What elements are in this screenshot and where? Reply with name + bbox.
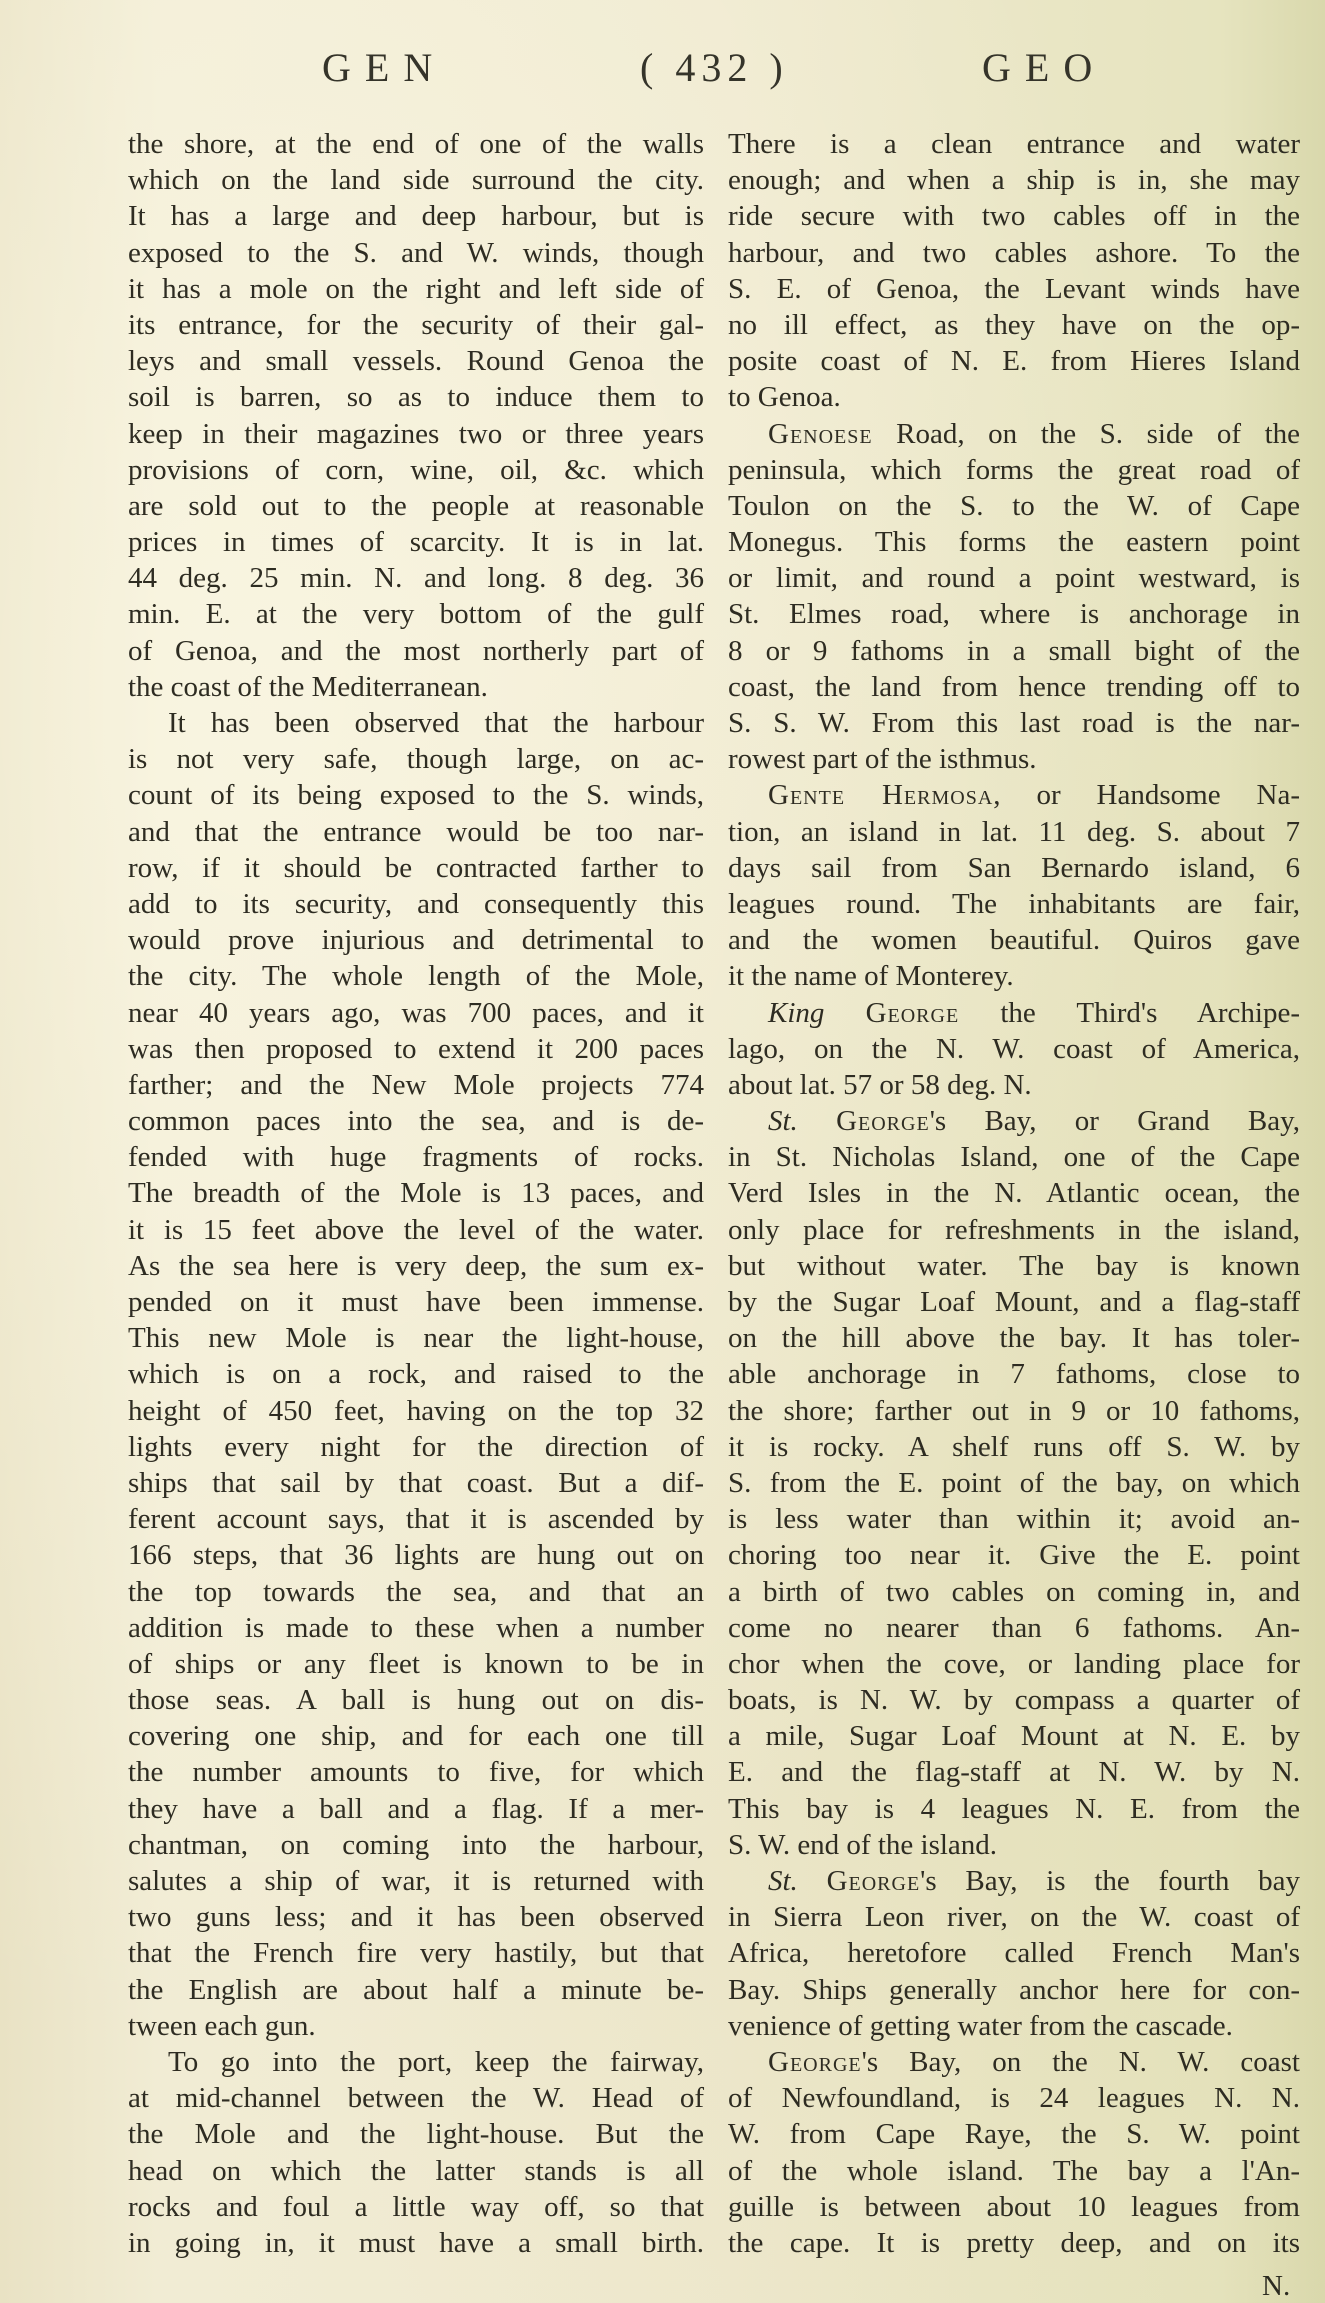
text-line: was then proposed to extend it 200 paces — [128, 1031, 704, 1067]
text-line: by the Sugar Loaf Mount, and a flag-staf… — [728, 1284, 1300, 1320]
text-line: Toulon on the S. to the W. of Cape — [728, 488, 1300, 524]
text-line: addition is made to these when a number — [128, 1610, 704, 1646]
text-line: rocks and foul a little way off, so that — [128, 2189, 704, 2225]
text-line: it is rocky. A shelf runs off S. W. by — [728, 1429, 1300, 1465]
text-line: Bay. Ships generally anchor here for con… — [728, 1972, 1300, 2008]
text-line: count of its being exposed to the S. win… — [128, 777, 704, 813]
text-line: the English are about half a minute be- — [128, 1972, 704, 2008]
text-line: ships that sail by that coast. But a dif… — [128, 1465, 704, 1501]
text-line: are sold out to the people at reasonable — [128, 488, 704, 524]
text-line: the top towards the sea, and that an — [128, 1574, 704, 1610]
text-line: ride secure with two cables off in the — [728, 198, 1300, 234]
text-line: This bay is 4 leagues N. E. from the — [728, 1791, 1300, 1827]
text-line: Monegus. This forms the eastern point — [728, 524, 1300, 560]
text-line: in St. Nicholas Island, one of the Cape — [728, 1139, 1300, 1175]
text-line: the city. The whole length of the Mole, — [128, 958, 704, 994]
text-line: fended with huge fragments of rocks. — [128, 1139, 704, 1175]
text-line: W. from Cape Raye, the S. W. point — [728, 2116, 1300, 2152]
entry-headword: George — [827, 1865, 921, 1897]
entry-st-georges-bay-sierra-leon: St. George's Bay, is the fourth bay — [728, 1863, 1300, 1899]
entry-georges-bay-newfoundland: George's Bay, on the N. W. coast — [728, 2044, 1300, 2080]
entry-genoese-road: Genoese Road, on the S. side of the — [728, 416, 1300, 452]
text-line: leagues round. The inhabitants are fair, — [728, 886, 1300, 922]
text-line: provisions of corn, wine, oil, &c. which — [128, 452, 704, 488]
text-line: venience of getting water from the casca… — [728, 2008, 1300, 2044]
text-line: of the whole island. The bay a l'An- — [728, 2153, 1300, 2189]
text-line: min. E. at the very bottom of the gulf — [128, 596, 704, 632]
text-line: E. and the flag-staff at N. W. by N. — [728, 1754, 1300, 1790]
text-line: As the sea here is very deep, the sum ex… — [128, 1248, 704, 1284]
text-line: S. E. of Genoa, the Levant winds have — [728, 271, 1300, 307]
text-line: at mid-channel between the W. Head of — [128, 2080, 704, 2116]
entry-king-george-archipelago: King George the Third's Archipe- — [728, 995, 1300, 1031]
text-line: or limit, and round a point westward, is — [728, 560, 1300, 596]
text-line: The breadth of the Mole is 13 paces, and — [128, 1175, 704, 1211]
text-line: 44 deg. 25 min. N. and long. 8 deg. 36 — [128, 560, 704, 596]
running-head-left: GEN — [322, 44, 446, 91]
text-line: Africa, heretofore called French Man's — [728, 1935, 1300, 1971]
text-line: the shore, at the end of one of the wall… — [128, 126, 704, 162]
text-line: 8 or 9 fathoms in a small bight of the — [728, 633, 1300, 669]
text-line: the coast of the Mediterranean. — [128, 669, 704, 705]
text-line: pended on it must have been immense. — [128, 1284, 704, 1320]
text-line: rowest part of the isthmus. — [728, 741, 1300, 777]
text-line: farther; and the New Mole projects 774 — [128, 1067, 704, 1103]
text-line: leys and small vessels. Round Genoa the — [128, 343, 704, 379]
text-line: tween each gun. — [128, 2008, 704, 2044]
entry-headword: George — [768, 2046, 862, 2078]
entry-headword: Genoese — [768, 418, 873, 450]
text-line: S. from the E. point of the bay, on whic… — [728, 1465, 1300, 1501]
text-line: There is a clean entrance and water — [728, 126, 1300, 162]
text-line: the Mole and the light-house. But the — [128, 2116, 704, 2152]
text-line: soil is barren, so as to induce them to — [128, 379, 704, 415]
text-line: but without water. The bay is known — [728, 1248, 1300, 1284]
text-line: it the name of Monterey. — [728, 958, 1300, 994]
text-line: This new Mole is near the light-house, — [128, 1320, 704, 1356]
text-line: only place for refreshments in the islan… — [728, 1212, 1300, 1248]
text-line: head on which the latter stands is all — [128, 2153, 704, 2189]
text-line: the shore; farther out in 9 or 10 fathom… — [728, 1393, 1300, 1429]
running-head: GEN ( 432 ) GEO — [0, 44, 1325, 104]
text-line: days sail from San Bernardo island, 6 — [728, 850, 1300, 886]
right-column: There is a clean entrance and water enou… — [728, 126, 1300, 2261]
text-line: common paces into the sea, and is de- — [128, 1103, 704, 1139]
text-line: row, if it should be contracted farther … — [128, 850, 704, 886]
text-line: the number amounts to five, for which — [128, 1754, 704, 1790]
text-line: is not very safe, though large, on ac- — [128, 741, 704, 777]
text-line: S. W. end of the island. — [728, 1827, 1300, 1863]
text-line: tion, an island in lat. 11 deg. S. about… — [728, 814, 1300, 850]
text-line: of Newfoundland, is 24 leagues N. N. — [728, 2080, 1300, 2116]
text-line: those seas. A ball is hung out on dis- — [128, 1682, 704, 1718]
text-line: the cape. It is pretty deep, and on its — [728, 2225, 1300, 2261]
text-line: come no nearer than 6 fathoms. An- — [728, 1610, 1300, 1646]
text-line: salutes a ship of war, it is returned wi… — [128, 1863, 704, 1899]
text-line: ferent account says, that it is ascended… — [128, 1501, 704, 1537]
text-line: in going in, it must have a small birth. — [128, 2225, 704, 2261]
left-column: the shore, at the end of one of the wall… — [128, 126, 704, 2261]
running-head-right: GEO — [982, 44, 1106, 91]
text-line: keep in their magazines two or three yea… — [128, 416, 704, 452]
text-line: about lat. 57 or 58 deg. N. — [728, 1067, 1300, 1103]
paragraph-start: It has been observed that the harbour — [128, 705, 704, 741]
text-line: chor when the cove, or landing place for — [728, 1646, 1300, 1682]
text-line: covering one ship, and for each one till — [128, 1718, 704, 1754]
text-line: which is on a rock, and raised to the — [128, 1356, 704, 1392]
text-line: height of 450 feet, having on the top 32 — [128, 1393, 704, 1429]
text-line: it has a mole on the right and left side… — [128, 271, 704, 307]
text-line: and the women beautiful. Quiros gave — [728, 922, 1300, 958]
text-line: lago, on the N. W. coast of America, — [728, 1031, 1300, 1067]
text-line: enough; and when a ship is in, she may — [728, 162, 1300, 198]
text-line: St. Elmes road, where is anchorage in — [728, 596, 1300, 632]
text-line: to Genoa. — [728, 379, 1300, 415]
text-line: its entrance, for the security of their … — [128, 307, 704, 343]
text-line: in Sierra Leon river, on the W. coast of — [728, 1899, 1300, 1935]
text-line: near 40 years ago, was 700 paces, and it — [128, 995, 704, 1031]
text-line: chantman, on coming into the harbour, — [128, 1827, 704, 1863]
text-line: a birth of two cables on coming in, and — [728, 1574, 1300, 1610]
text-line: exposed to the S. and W. winds, though — [128, 235, 704, 271]
text-line: peninsula, which forms the great road of — [728, 452, 1300, 488]
book-page: GEN ( 432 ) GEO the shore, at the end of… — [0, 0, 1325, 2303]
text-line: It has a large and deep harbour, but is — [128, 198, 704, 234]
text-line: no ill effect, as they have on the op- — [728, 307, 1300, 343]
text-line: choring too near it. Give the E. point — [728, 1537, 1300, 1573]
text-line: that the French fire very hastily, but t… — [128, 1935, 704, 1971]
text-line: guille is between about 10 leagues from — [728, 2189, 1300, 2225]
text-line: S. S. W. From this last road is the nar- — [728, 705, 1300, 741]
entry-headword: George — [866, 997, 960, 1029]
entry-st-georges-bay-cape-verd: St. George's Bay, or Grand Bay, — [728, 1103, 1300, 1139]
text-line: of Genoa, and the most northerly part of — [128, 633, 704, 669]
text-line: coast, the land from hence trending off … — [728, 669, 1300, 705]
text-line: it is 15 feet above the level of the wat… — [128, 1212, 704, 1248]
entry-gente-hermosa: Gente Hermosa, or Handsome Na- — [728, 777, 1300, 813]
text-line: and that the entrance would be too nar- — [128, 814, 704, 850]
text-line: add to its security, and consequently th… — [128, 886, 704, 922]
text-line: posite coast of N. E. from Hieres Island — [728, 343, 1300, 379]
paragraph-start: To go into the port, keep the fairway, — [128, 2044, 704, 2080]
text-line: on the hill above the bay. It has toler- — [728, 1320, 1300, 1356]
text-line: prices in times of scarcity. It is in la… — [128, 524, 704, 560]
text-line: is less water than within it; avoid an- — [728, 1501, 1300, 1537]
text-line: lights every night for the direction of — [128, 1429, 704, 1465]
text-line: harbour, and two cables ashore. To the — [728, 235, 1300, 271]
text-line: Verd Isles in the N. Atlantic ocean, the — [728, 1175, 1300, 1211]
text-line: they have a ball and a flag. If a mer- — [128, 1791, 704, 1827]
text-line: which on the land side surround the city… — [128, 162, 704, 198]
text-line: boats, is N. W. by compass a quarter of — [728, 1682, 1300, 1718]
text-line: two guns less; and it has been observed — [128, 1899, 704, 1935]
catchword: N. — [1262, 2270, 1290, 2303]
text-line: 166 steps, that 36 lights are hung out o… — [128, 1537, 704, 1573]
entry-headword: Gente Hermosa — [768, 779, 993, 811]
text-line: able anchorage in 7 fathoms, close to — [728, 1356, 1300, 1392]
page-number: ( 432 ) — [640, 44, 789, 91]
text-line: of ships or any fleet is known to be in — [128, 1646, 704, 1682]
entry-headword: George — [836, 1105, 930, 1137]
text-line: a mile, Sugar Loaf Mount at N. E. by — [728, 1718, 1300, 1754]
text-line: would prove injurious and detrimental to — [128, 922, 704, 958]
